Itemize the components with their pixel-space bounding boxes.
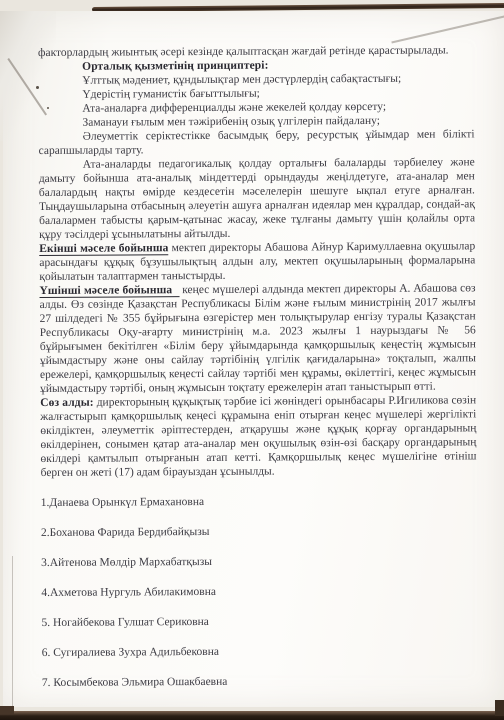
third-issue-text: кеңес мүшелері алдында мектеп директоры …: [40, 282, 476, 395]
principle-item: Әлеуметтік серіктестікке басымдық беру, …: [39, 127, 475, 158]
paragraph-third-issue: Үшінші мәселе бойынша кеңес мүшелері алд…: [39, 281, 476, 396]
nominee-list: 1.Данаева Орынкүл Ермахановна 2.Боханова…: [41, 493, 478, 690]
table-edge-corner-right: [495, 700, 504, 716]
nominee-item: 7. Косымбекова Эльмира Ошакбаевна: [42, 673, 478, 690]
speech-heading: Сөз алды:: [40, 397, 94, 409]
nominee-item: 1.Данаева Орынкүл Ермахановна: [41, 493, 477, 510]
scanned-document-photo: факторлардың жиынтық әсері кезінде қалып…: [0, 0, 504, 720]
speech-text: директорының құқықтық тәрбие ісі жөнінде…: [40, 394, 476, 479]
paragraph-speech: Сөз алды: директорының құқықтық тәрбие і…: [40, 393, 477, 480]
nominee-item: 3.Айтенова Мөлдір Мархабатқызы: [41, 553, 477, 570]
nominee-item: 4.Ахметова Нургуль Абилакимовна: [41, 583, 477, 600]
table-edge-bottom: [0, 711, 504, 720]
second-issue-heading: Екінші мәселе бойынша: [39, 242, 168, 256]
page-left-edge: [12, 556, 13, 706]
paragraph-intro: факторлардың жиынтық әсері кезінде қалып…: [38, 43, 474, 60]
table-edge-corner-left: [0, 706, 14, 714]
nominee-item: 6. Сугиралиева Зухра Адильбековна: [42, 643, 478, 660]
paragraph-center: Ата-аналарды педагогикалық қолдау орталы…: [39, 155, 476, 242]
nominee-item: 5. Ногайбекова Гулшат Сериковна: [41, 613, 477, 630]
nominee-item: 2.Боханова Фарида Бердибайқызы: [41, 523, 477, 540]
third-issue-heading: Үшінші мәселе бойынша: [39, 284, 179, 298]
document-body: факторлардың жиынтық әсері кезінде қалып…: [38, 43, 478, 706]
paragraph-second-issue: Екінші мәселе бойынша мектеп директоры А…: [39, 239, 475, 284]
